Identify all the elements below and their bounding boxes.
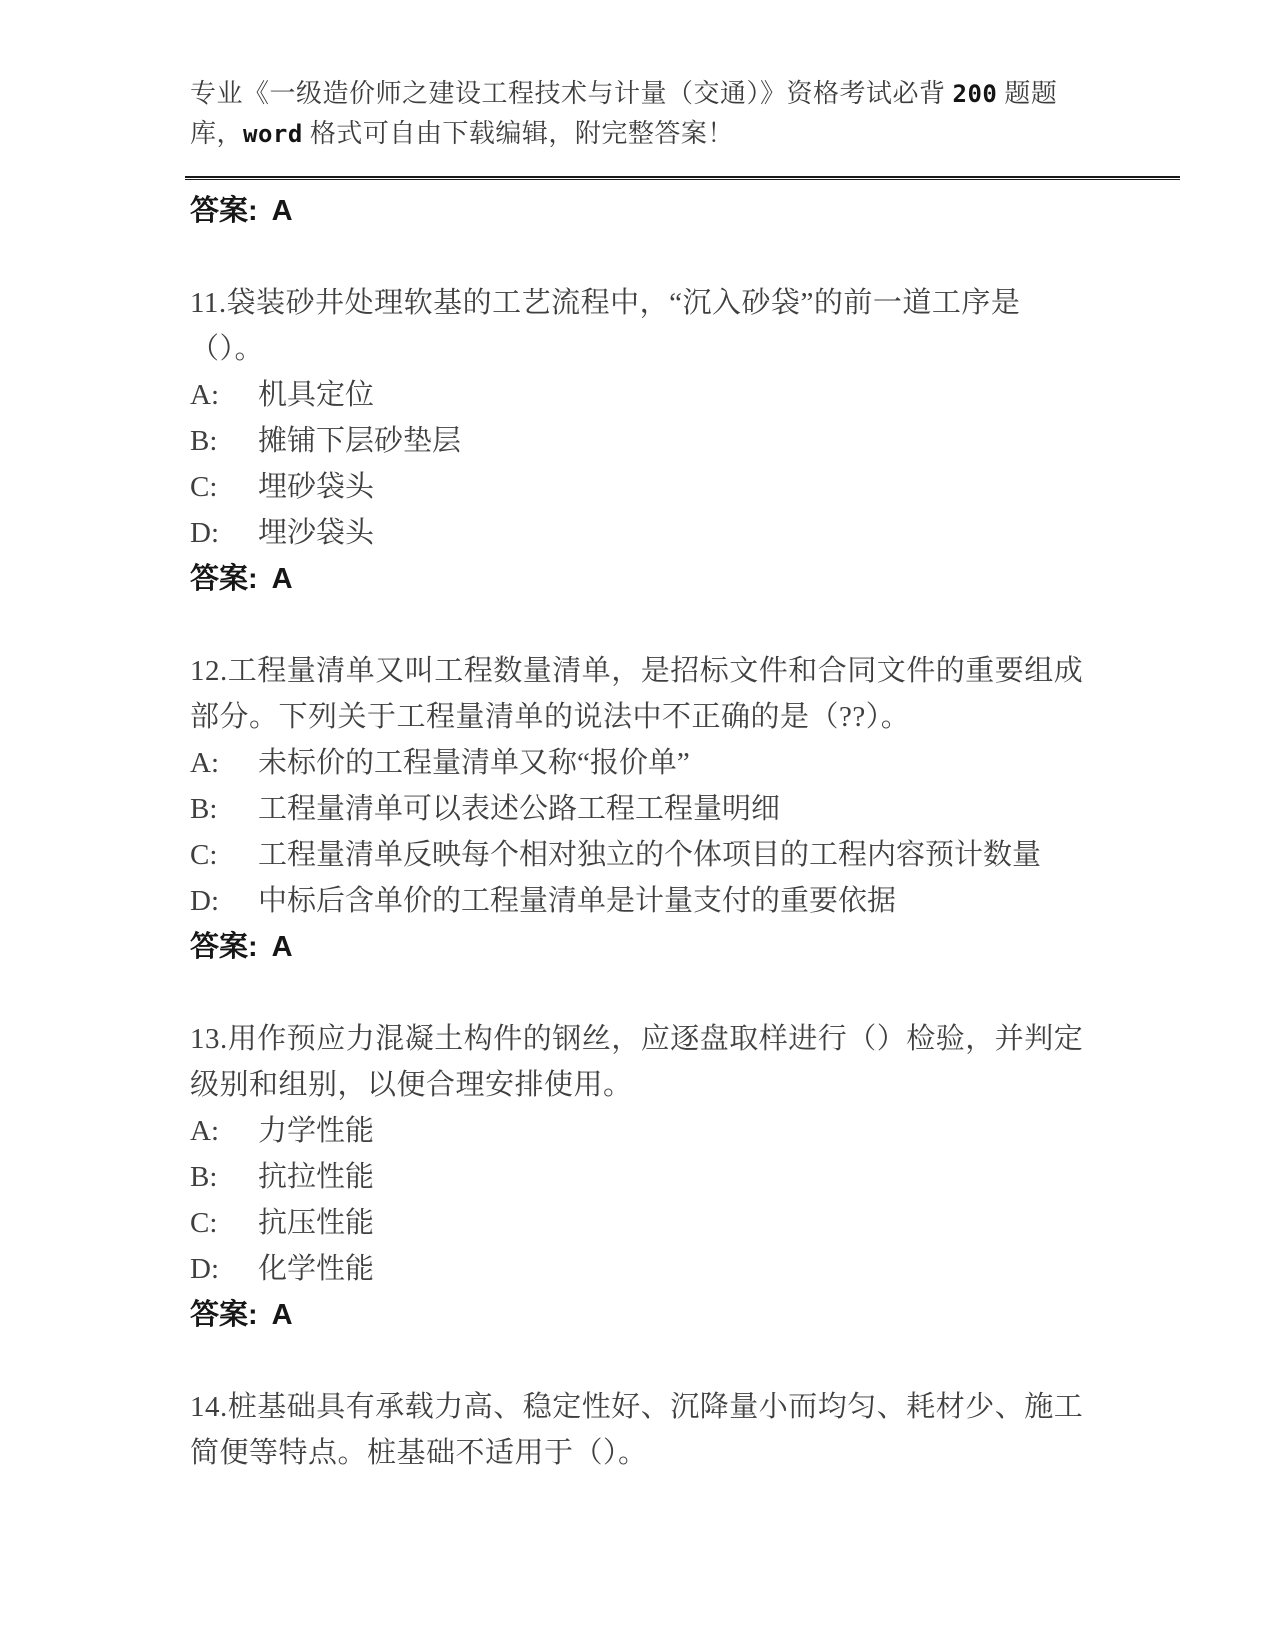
option-text: 摊铺下层砂垫层 (258, 425, 461, 457)
question-block: 12.工程量清单又叫工程数量清单，是招标文件和合同文件的重要组成部分。下列关于工… (190, 648, 1090, 970)
question-options: A:机具定位B:摊铺下层砂垫层C:埋砂袋头D:埋沙袋头 (190, 372, 1090, 556)
question-block: 13.用作预应力混凝土构件的钢丝，应逐盘取样进行（）检验，并判定级别和组别，以便… (190, 1016, 1090, 1338)
option-label: A: (190, 740, 258, 786)
option-text: 化学性能 (258, 1253, 374, 1285)
option-label: D: (190, 510, 258, 556)
page-content: 专业《一级造价师之建设工程技术与计量（交通）》资格考试必背 200 题题库，wo… (190, 0, 1090, 1476)
answer-line: 答案:A (190, 924, 1090, 970)
question-block: 11.袋装砂井处理软基的工艺流程中，“沉入砂袋”的前一道工序是（）。 A:机具定… (190, 280, 1090, 602)
option-label: D: (190, 878, 258, 924)
header-number-segment: 200 (953, 80, 998, 108)
option-label: C: (190, 1200, 258, 1246)
answer-value: A (272, 931, 293, 963)
answer-label: 答案: (190, 931, 258, 963)
option-line: A:力学性能 (190, 1108, 1090, 1154)
option-line: C:埋砂袋头 (190, 464, 1090, 510)
header-text-segment: 专业《一级造价师之建设工程技术与计量（交通）》资格考试必背 (190, 79, 953, 108)
option-text: 中标后含单价的工程量清单是计量支付的重要依据 (258, 885, 896, 917)
option-label: C: (190, 832, 258, 878)
answer-value: A (272, 195, 293, 227)
option-text: 抗压性能 (258, 1207, 374, 1239)
option-label: C: (190, 464, 258, 510)
question-text: 11.袋装砂井处理软基的工艺流程中，“沉入砂袋”的前一道工序是（）。 (190, 280, 1090, 372)
answer-line: 答案:A (190, 556, 1090, 602)
option-label: B: (190, 786, 258, 832)
option-line: D:埋沙袋头 (190, 510, 1090, 556)
questions-list: 11.袋装砂井处理软基的工艺流程中，“沉入砂袋”的前一道工序是（）。 A:机具定… (190, 280, 1090, 1476)
option-label: B: (190, 1154, 258, 1200)
option-line: C:工程量清单反映每个相对独立的个体项目的工程内容预计数量 (190, 832, 1090, 878)
option-line: B:抗拉性能 (190, 1154, 1090, 1200)
option-line: A:未标价的工程量清单又称“报价单” (190, 740, 1090, 786)
option-text: 工程量清单反映每个相对独立的个体项目的工程内容预计数量 (258, 839, 1041, 871)
answer-line: 答案:A (190, 1292, 1090, 1338)
answer-value: A (272, 1299, 293, 1331)
option-text: 抗拉性能 (258, 1161, 374, 1193)
option-label: A: (190, 372, 258, 418)
document-page: 专业《一级造价师之建设工程技术与计量（交通）》资格考试必背 200 题题库，wo… (0, 0, 1275, 1650)
option-line: D:化学性能 (190, 1246, 1090, 1292)
question-options: A:力学性能B:抗拉性能C:抗压性能D:化学性能 (190, 1108, 1090, 1292)
option-line: A:机具定位 (190, 372, 1090, 418)
option-label: D: (190, 1246, 258, 1292)
option-text: 埋沙袋头 (258, 517, 374, 549)
answer-value: A (272, 563, 293, 595)
header-word-segment: word (243, 120, 303, 148)
option-text: 力学性能 (258, 1115, 374, 1147)
option-line: D:中标后含单价的工程量清单是计量支付的重要依据 (190, 878, 1090, 924)
option-line: B:摊铺下层砂垫层 (190, 418, 1090, 464)
answer-label: 答案: (190, 1299, 258, 1331)
option-line: C:抗压性能 (190, 1200, 1090, 1246)
question-text: 12.工程量清单又叫工程数量清单，是招标文件和合同文件的重要组成部分。下列关于工… (190, 648, 1090, 740)
question-text: 13.用作预应力混凝土构件的钢丝，应逐盘取样进行（）检验，并判定级别和组别，以便… (190, 1016, 1090, 1108)
question-options: A:未标价的工程量清单又称“报价单”B:工程量清单可以表述公路工程工程量明细C:… (190, 740, 1090, 924)
document-body: 答案:A 11.袋装砂井处理软基的工艺流程中，“沉入砂袋”的前一道工序是（）。 … (190, 188, 1090, 1476)
option-text: 工程量清单可以表述公路工程工程量明细 (258, 793, 780, 825)
option-line: B:工程量清单可以表述公路工程工程量明细 (190, 786, 1090, 832)
header-text-segment: 格式可自由下载编辑，附完整答案！ (303, 119, 734, 148)
previous-question-answer-line: 答案:A (190, 188, 1090, 234)
answer-label: 答案: (190, 563, 258, 595)
option-text: 埋砂袋头 (258, 471, 374, 503)
option-label: B: (190, 418, 258, 464)
document-header-title: 专业《一级造价师之建设工程技术与计量（交通）》资格考试必背 200 题题库，wo… (190, 74, 1090, 154)
question-block: 14.桩基础具有承载力高、稳定性好、沉降量小而均匀、耗材少、施工简便等特点。桩基… (190, 1384, 1090, 1476)
option-text: 机具定位 (258, 379, 374, 411)
option-label: A: (190, 1108, 258, 1154)
header-divider-rule (185, 176, 1180, 180)
option-text: 未标价的工程量清单又称“报价单” (258, 747, 690, 779)
question-text: 14.桩基础具有承载力高、稳定性好、沉降量小而均匀、耗材少、施工简便等特点。桩基… (190, 1384, 1090, 1476)
answer-label: 答案: (190, 195, 258, 227)
